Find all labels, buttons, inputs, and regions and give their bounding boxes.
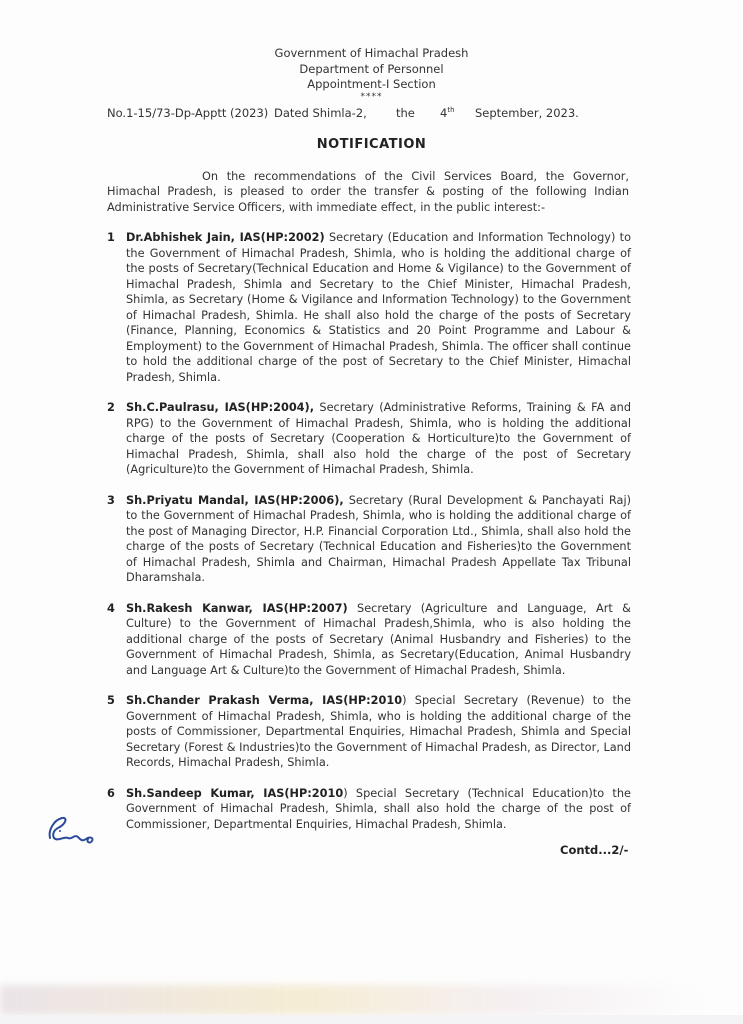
officer-name: Sh.C.Paulrasu, IAS(HP:2004), xyxy=(126,401,314,414)
item-number: 4 xyxy=(107,601,115,617)
officer-name: Dr.Abhishek Jain, IAS(HP:2002) xyxy=(126,231,325,244)
item-number: 6 xyxy=(107,786,115,802)
header-separator: **** xyxy=(0,93,743,102)
list-item: 1 Dr.Abhishek Jain, IAS(HP:2002) Secreta… xyxy=(126,230,631,385)
item-text: Secretary (Education and Information Tec… xyxy=(126,231,631,384)
reference-day: 4th xyxy=(440,106,455,120)
section-name: Appointment-I Section xyxy=(0,77,743,93)
item-number: 2 xyxy=(107,400,115,416)
list-item: 6 Sh.Sandeep Kumar, IAS(HP:2010) Special… xyxy=(126,786,631,833)
reference-place: Dated Shimla-2, xyxy=(274,106,367,120)
department-name: Department of Personnel xyxy=(0,62,743,78)
government-name: Government of Himachal Pradesh xyxy=(0,46,743,62)
list-item: 4 Sh.Rakesh Kanwar, IAS(HP:2007) Secreta… xyxy=(126,601,631,679)
item-number: 1 xyxy=(107,230,115,246)
officer-name: Sh.Sandeep Kumar, IAS(HP:2010 xyxy=(126,787,343,800)
reference-number: No.1-15/73-Dp-Apptt (2023) xyxy=(107,106,268,120)
list-item: 5 Sh.Chander Prakash Verma, IAS(HP:2010)… xyxy=(126,693,631,771)
intro-text: On the recommendations of the Civil Serv… xyxy=(107,170,629,214)
item-number: 5 xyxy=(107,693,115,709)
list-item: 3 Sh.Priyatu Mandal, IAS(HP:2006), Secre… xyxy=(126,493,631,586)
officer-name: Sh.Priyatu Mandal, IAS(HP:2006), xyxy=(126,494,344,507)
reference-the: the xyxy=(396,106,415,120)
reference-month-year: September, 2023. xyxy=(475,106,579,120)
item-number: 3 xyxy=(107,493,115,509)
continuation-note: Contd...2/- xyxy=(560,843,628,857)
officer-list: 1 Dr.Abhishek Jain, IAS(HP:2002) Secreta… xyxy=(126,230,631,847)
notification-title: NOTIFICATION xyxy=(0,137,743,152)
officer-name: Sh.Chander Prakash Verma, IAS(HP:2010 xyxy=(126,694,402,707)
document-page: Government of Himachal Pradesh Departmen… xyxy=(0,0,743,1024)
scan-smudge xyxy=(0,985,743,1015)
signature-icon xyxy=(44,812,100,848)
officer-name: Sh.Rakesh Kanwar, IAS(HP:2007) xyxy=(126,602,348,615)
intro-paragraph: On the recommendations of the Civil Serv… xyxy=(107,169,629,215)
day-suffix: th xyxy=(447,106,454,114)
list-item: 2 Sh.C.Paulrasu, IAS(HP:2004), Secretary… xyxy=(126,400,631,478)
page-bottom-edge xyxy=(0,1015,743,1024)
item-text: Secretary (Rural Development & Panchayat… xyxy=(126,494,631,585)
letterhead: Government of Himachal Pradesh Departmen… xyxy=(0,46,743,102)
